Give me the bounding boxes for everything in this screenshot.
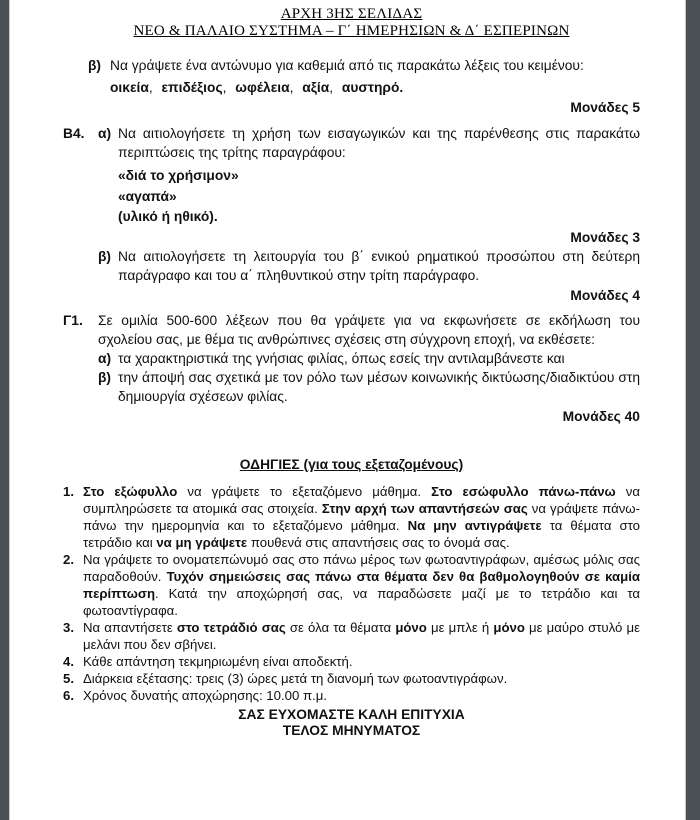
instruction-number: 2. — [63, 551, 83, 619]
pdf-viewer-background: ΑΡΧΗ 3ΗΣ ΣΕΛΙΔΑΣ ΝΕΟ & ΠΑΛΑΙΟ ΣΥΣΤΗΜΑ – … — [0, 0, 700, 820]
instruction-item: 2. Να γράψετε το ονοματεπώνυμό σας στο π… — [63, 551, 640, 619]
question-c1a-text: τα χαρακτηριστικά της γνήσιας φιλίας, όπ… — [118, 349, 640, 368]
question-b4a-text: Να αιτιολογήσετε τη χρήση των εισαγωγικώ… — [118, 124, 640, 162]
document-page: ΑΡΧΗ 3ΗΣ ΣΕΛΙΔΑΣ ΝΕΟ & ΠΑΛΑΙΟ ΣΥΣΤΗΜΑ – … — [9, 0, 686, 820]
instruction-text: Διάρκεια εξέτασης: τρεις (3) ώρες μετά τ… — [83, 670, 640, 687]
instruction-number: 6. — [63, 687, 83, 704]
question-b4a-marker: α) — [98, 124, 118, 162]
question-b4a-quotes: «διά το χρήσιμον» «αγαπά» (υλικό ή ηθικό… — [118, 166, 640, 226]
quote-line: «διά το χρήσιμον» — [118, 166, 640, 185]
page-footer: ΣΑΣ ΕΥΧΟΜΑΣΤΕ ΚΑΛΗ ΕΠΙΤΥΧΙΑ ΤΕΛΟΣ ΜΗΝΥΜΑ… — [63, 707, 640, 740]
question-c1b-text: την άποψή σας σχετικά με τον ρόλο των μέ… — [118, 368, 640, 406]
instruction-text: Χρόνος δυνατής αποχώρησης: 10.00 π.μ. — [83, 687, 640, 704]
question-b4-label: Β4. — [63, 124, 98, 305]
instruction-text: Να γράψετε το ονοματεπώνυμό σας στο πάνω… — [83, 551, 640, 619]
instruction-number: 4. — [63, 653, 83, 670]
instructions-title: ΟΔΗΓΙΕΣ (για τους εξεταζομένους) — [63, 456, 640, 474]
instruction-item: 6. Χρόνος δυνατής αποχώρησης: 10.00 π.μ. — [63, 687, 640, 704]
instruction-text: Στο εξώφυλλο να γράψετε το εξεταζόμενο μ… — [83, 483, 640, 551]
instruction-number: 1. — [63, 483, 83, 551]
question-c1a-marker: α) — [98, 349, 118, 368]
page-header: ΑΡΧΗ 3ΗΣ ΣΕΛΙΔΑΣ ΝΕΟ & ΠΑΛΑΙΟ ΣΥΣΤΗΜΑ – … — [63, 6, 640, 40]
question-b4b-marker: β) — [98, 247, 118, 285]
question-b3b-text: Να γράψετε ένα αντώνυμο για καθεμιά από … — [110, 56, 640, 75]
question-b4b-row: β) Να αιτιολογήσετε τη λειτουργία του β΄… — [98, 247, 640, 285]
question-c1-row: Γ1. Σε ομιλία 500-600 λέξεων που θα γράψ… — [63, 311, 640, 426]
question-b3-part-b: β) Να γράψετε ένα αντώνυμο για καθεμιά α… — [88, 56, 640, 117]
question-b3b-row: β) Να γράψετε ένα αντώνυμο για καθεμιά α… — [88, 56, 640, 75]
instruction-number: 3. — [63, 619, 83, 653]
question-c1-intro: Σε ομιλία 500-600 λέξεων που θα γράψετε … — [98, 311, 640, 349]
marks-b4b: Μονάδες 4 — [98, 286, 640, 305]
marks-c1: Μονάδες 40 — [98, 407, 640, 426]
question-b4a-row: α) Να αιτιολογήσετε τη χρήση των εισαγωγ… — [98, 124, 640, 162]
instruction-item: 1. Στο εξώφυλλο να γράψετε το εξεταζόμεν… — [63, 483, 640, 551]
instruction-item: 5. Διάρκεια εξέτασης: τρεις (3) ώρες μετ… — [63, 670, 640, 687]
question-c1-label: Γ1. — [63, 311, 98, 426]
question-c1b-row: β) την άποψή σας σχετικά με τον ρόλο των… — [98, 368, 640, 406]
quote-line: (υλικό ή ηθικό). — [118, 207, 640, 226]
instruction-text: Να απαντήσετε στο τετράδιό σας σε όλα τα… — [83, 619, 640, 653]
question-b3b-word-list: οικεία, επιδέξιος, ωφέλεια, αξία, αυστηρ… — [110, 78, 640, 97]
instruction-text: Κάθε απάντηση τεκμηριωμένη είναι αποδεκτ… — [83, 653, 640, 670]
question-c1-body: Σε ομιλία 500-600 λέξεων που θα γράψετε … — [98, 311, 640, 426]
footer-wish-line: ΣΑΣ ΕΥΧΟΜΑΣΤΕ ΚΑΛΗ ΕΠΙΤΥΧΙΑ — [63, 707, 640, 724]
question-c1a-row: α) τα χαρακτηριστικά της γνήσιας φιλίας,… — [98, 349, 640, 368]
question-b4-row: Β4. α) Να αιτιολογήσετε τη χρήση των εισ… — [63, 124, 640, 305]
question-b3b-marker: β) — [88, 56, 110, 75]
quote-line: «αγαπά» — [118, 187, 640, 206]
marks-b3b: Μονάδες 5 — [88, 98, 640, 117]
question-c1b-marker: β) — [98, 368, 118, 406]
instruction-number: 5. — [63, 670, 83, 687]
marks-b4a: Μονάδες 3 — [98, 228, 640, 247]
question-b4-body: α) Να αιτιολογήσετε τη χρήση των εισαγωγ… — [98, 124, 640, 305]
question-b4b-text: Να αιτιολογήσετε τη λειτουργία του β΄ εν… — [118, 247, 640, 285]
footer-end-line: ΤΕΛΟΣ ΜΗΝΥΜΑΤΟΣ — [63, 723, 640, 740]
instruction-item: 4. Κάθε απάντηση τεκμηριωμένη είναι αποδ… — [63, 653, 640, 670]
instruction-item: 3. Να απαντήσετε στο τετράδιό σας σε όλα… — [63, 619, 640, 653]
question-c1: Γ1. Σε ομιλία 500-600 λέξεων που θα γράψ… — [63, 311, 640, 426]
header-line-1: ΑΡΧΗ 3ΗΣ ΣΕΛΙΔΑΣ — [63, 6, 640, 23]
instructions-list: 1. Στο εξώφυλλο να γράψετε το εξεταζόμεν… — [63, 483, 640, 704]
question-b4: Β4. α) Να αιτιολογήσετε τη χρήση των εισ… — [63, 124, 640, 305]
header-line-2: ΝΕΟ & ΠΑΛΑΙΟ ΣΥΣΤΗΜΑ – Γ΄ ΗΜΕΡΗΣΙΩΝ & Δ΄… — [63, 23, 640, 40]
